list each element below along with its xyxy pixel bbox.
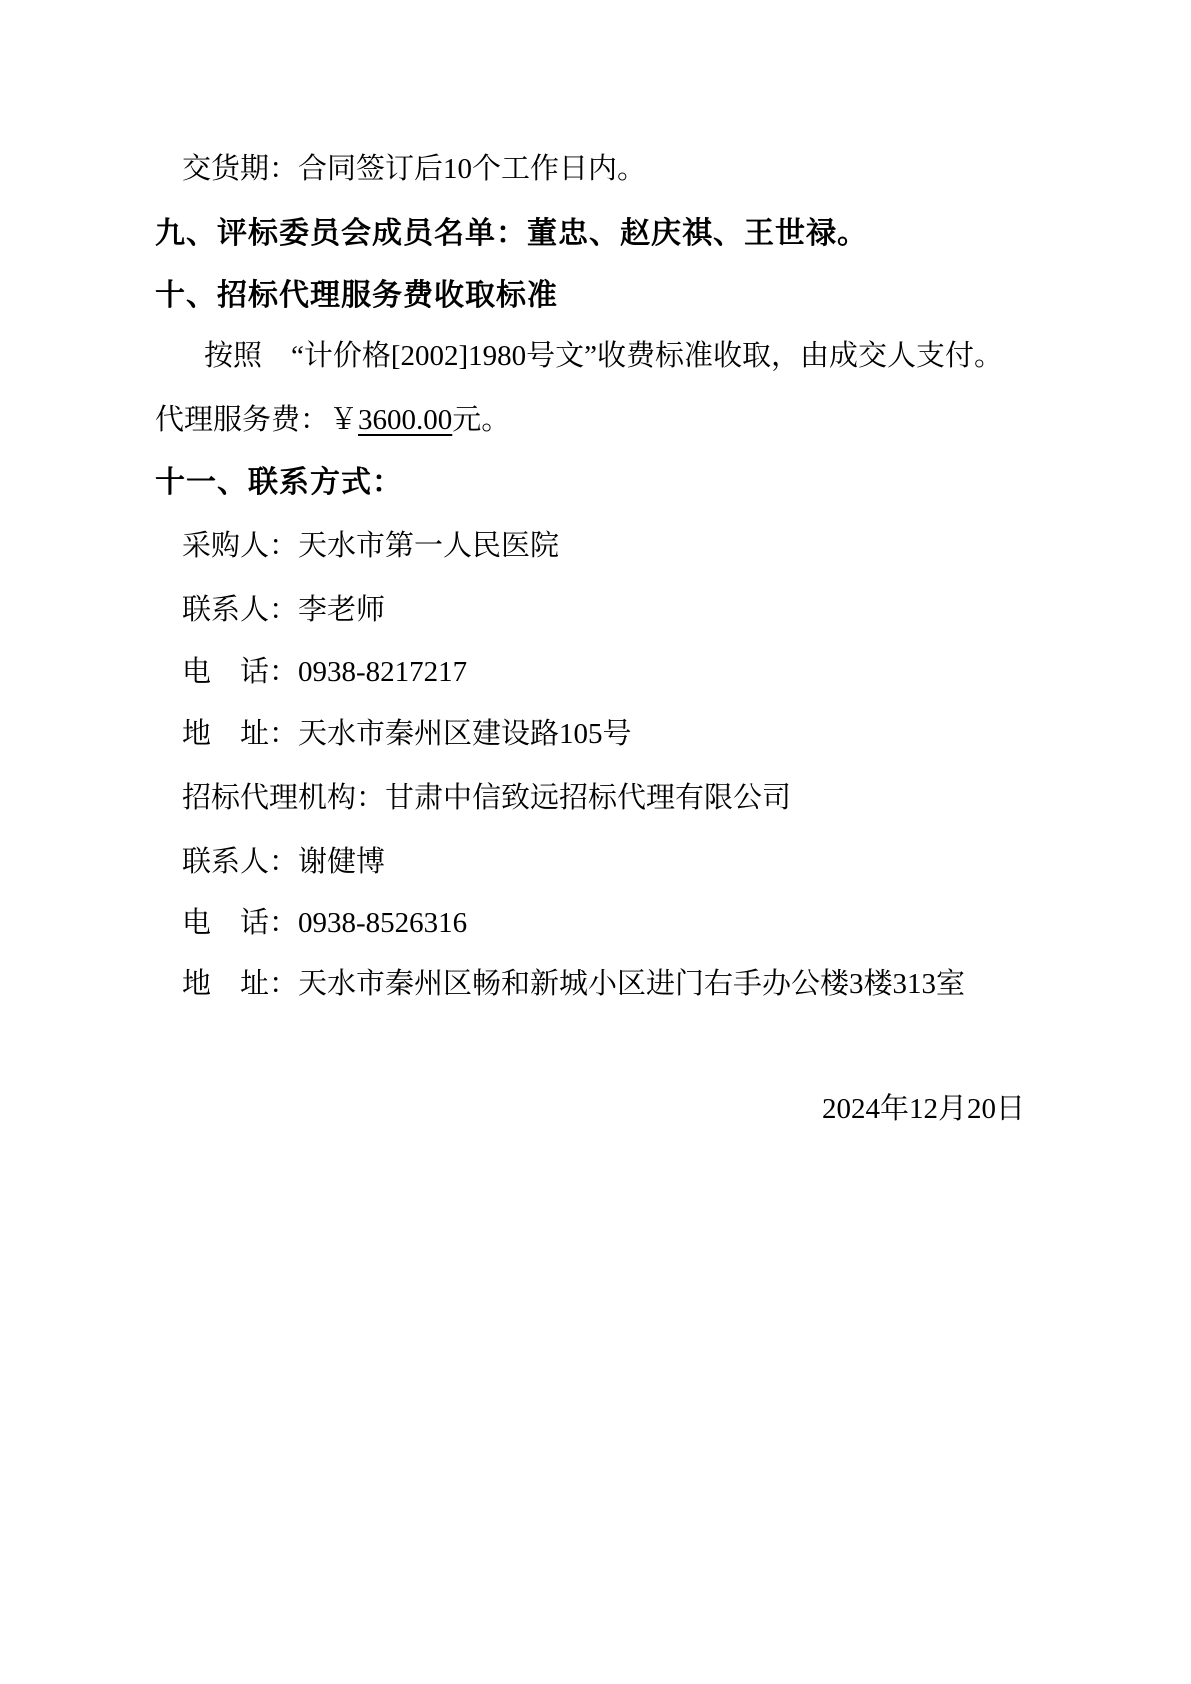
delivery-period-line: 交货期：合同签订后10个工作日内。 (182, 153, 646, 186)
purchaser-phone-line: 电 话：0938-8217217 (182, 656, 467, 689)
document-date: 2024年12月20日 (822, 1093, 1025, 1126)
purchaser-line: 采购人：天水市第一人民医院 (182, 530, 559, 563)
section-11-heading: 十一、联系方式： (155, 466, 403, 501)
purchaser-contact-person-line: 联系人：李老师 (182, 594, 385, 627)
agency-fee-line: 代理服务费：￥3600.00元。 (155, 404, 510, 437)
purchaser-address-line: 地 址：天水市秦州区建设路105号 (182, 718, 632, 751)
agency-fee-suffix: 元。 (452, 404, 510, 436)
document-page: 交货期：合同签订后10个工作日内。 九、评标委员会成员名单：董忠、赵庆祺、王世禄… (0, 0, 1191, 1684)
fee-basis-line: 按照 “计价格[2002]1980号文”收费标准收取，由成交人支付。 (204, 340, 1003, 373)
section-9-heading: 九、评标委员会成员名单：董忠、赵庆祺、王世禄。 (155, 217, 868, 252)
agency-fee-prefix: 代理服务费：￥ (155, 404, 358, 436)
agency-name-line: 招标代理机构：甘肃中信致远招标代理有限公司 (182, 782, 791, 815)
agency-fee-amount: 3600.00 (358, 404, 452, 436)
agency-address-line: 地 址：天水市秦州区畅和新城小区进门右手办公楼3楼313室 (182, 968, 965, 1001)
agency-phone-line: 电 话：0938-8526316 (182, 907, 467, 940)
section-10-heading: 十、招标代理服务费收取标准 (155, 279, 558, 314)
agency-contact-person-line: 联系人：谢健博 (182, 846, 385, 879)
